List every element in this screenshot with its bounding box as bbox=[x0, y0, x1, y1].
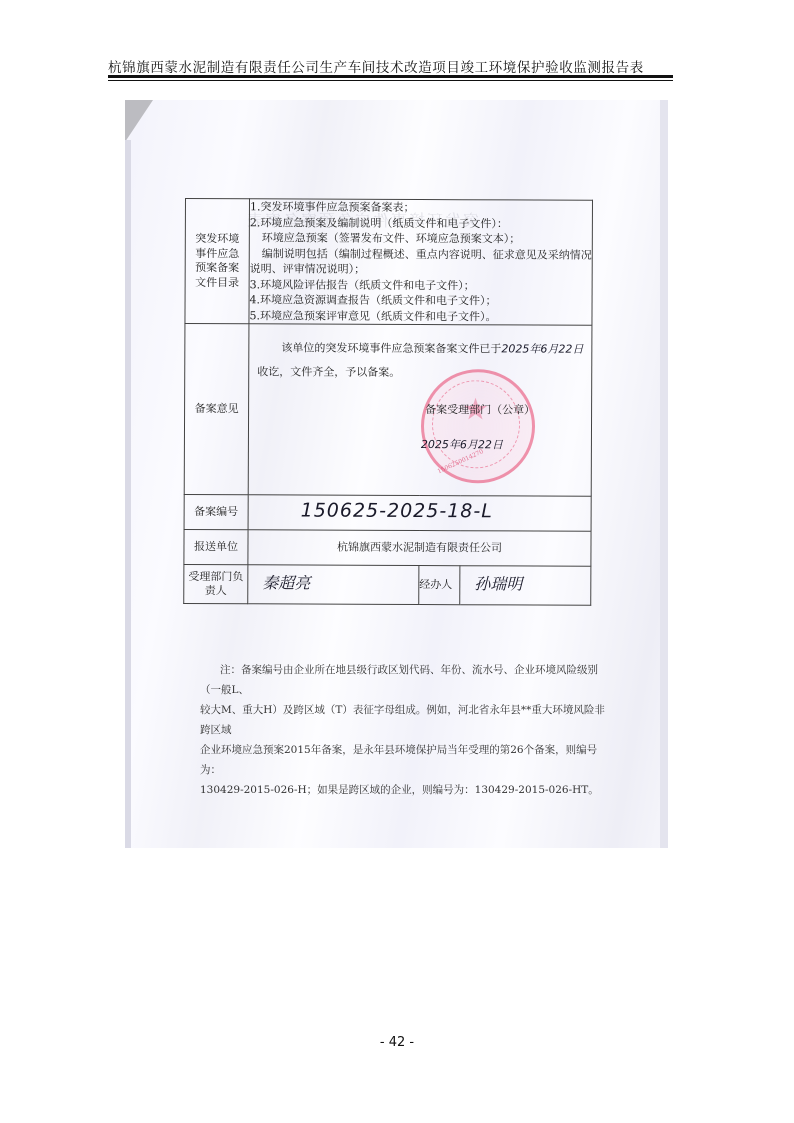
dept-head-label: 受理部门负 责人 bbox=[184, 564, 248, 603]
scan-edge-right bbox=[660, 100, 668, 848]
official-seal: ★ 1506250014270 bbox=[421, 369, 535, 483]
list-item: 5.环境应急预案评审意见（纸质文件和电子文件）。 bbox=[249, 308, 591, 325]
page-number: - 42 - bbox=[0, 1035, 794, 1050]
signature-row: 受理部门负 责人 秦超亮 经办人 孙瑞明 bbox=[184, 564, 591, 605]
dept-seal-label: 备案受理部门（公章） bbox=[425, 402, 535, 418]
record-number-label: 备案编号 bbox=[184, 494, 248, 529]
list-item: 1.突发环境事件应急预案备案表； bbox=[250, 199, 592, 216]
agent-label: 经办人 bbox=[419, 566, 460, 605]
report-header-title: 杭锦旗西蒙水泥制造有限责任公司生产车间技术改造项目竣工环境保护验收监测报告表 bbox=[108, 56, 644, 76]
dept-head-signature: 秦超亮 bbox=[248, 574, 310, 593]
opinion-content: ★ 1506250014270 该单位的突发环境事件应急预案备案文件已于2025… bbox=[249, 324, 592, 495]
opinion-label: 备案意见 bbox=[184, 324, 249, 495]
handwritten-seal-date: 2025年6月22日 bbox=[421, 437, 503, 453]
header-rule-thin bbox=[108, 80, 673, 81]
opinion-row: 备案意见 ★ 1506250014270 该单位的突发环境事件应急预案备案文件已… bbox=[184, 324, 592, 497]
record-number-row: 备案编号 150625-2025-18-L bbox=[184, 494, 591, 531]
record-number-value: 150625-2025-18-L bbox=[249, 500, 493, 523]
list-item: 2.环境应急预案及编制说明（纸质文件和电子文件）： bbox=[250, 215, 592, 232]
list-item: 环境应急预案（签署发布文件、环境应急预案文本）； bbox=[250, 230, 592, 247]
header-rule bbox=[108, 75, 673, 78]
submitting-unit-row: 报送单位 杭锦旗西蒙水泥制造有限责任公司 bbox=[184, 529, 591, 566]
file-list-label: 突发环境 事件应急 预案备案 文件目录 bbox=[185, 199, 250, 324]
filing-form-table: 突发环境 事件应急 预案备案 文件目录 1.突发环境事件应急预案备案表； 2.环… bbox=[183, 198, 593, 606]
list-item: 3.环境风险评估报告（纸质文件和电子文件）； bbox=[250, 277, 592, 294]
list-item: 说明、评审情况说明）； bbox=[250, 261, 592, 278]
list-item: 4.环境应急资源调查报告（纸质文件和电子文件）； bbox=[250, 292, 592, 309]
numbering-note: 注：备案编号由企业所在地县级行政区划代码、年份、流水号、企业环境风险级别（一般L… bbox=[200, 660, 605, 800]
submitting-unit-label: 报送单位 bbox=[184, 529, 248, 564]
handwritten-receipt-date: 2025年6月22日 bbox=[501, 342, 583, 355]
file-list-row: 突发环境 事件应急 预案备案 文件目录 1.突发环境事件应急预案备案表； 2.环… bbox=[185, 199, 593, 326]
file-list: 1.突发环境事件应急预案备案表； 2.环境应急预案及编制说明（纸质文件和电子文件… bbox=[249, 199, 593, 325]
agent-signature: 孙瑞明 bbox=[460, 574, 522, 593]
folded-corner bbox=[125, 100, 153, 142]
opinion-text-2: 收讫，文件齐全，予以备案。 bbox=[257, 364, 400, 380]
list-item: 编制说明包括（编制过程概述、重点内容说明、征求意见及采纳情况 bbox=[250, 246, 592, 263]
scan-edge-left bbox=[125, 140, 131, 848]
opinion-text: 该单位的突发环境事件应急预案备案文件已于 bbox=[281, 341, 501, 355]
submitting-unit-value: 杭锦旗西蒙水泥制造有限责任公司 bbox=[248, 530, 591, 566]
